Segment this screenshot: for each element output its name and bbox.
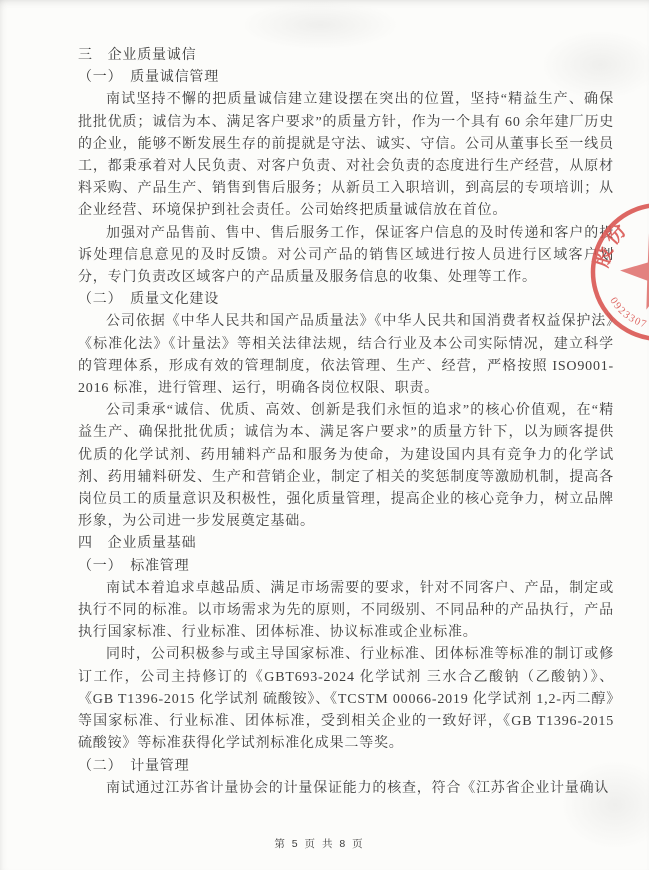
section-heading: 四 企业质量基础 [78,533,614,555]
paragraph: 南试坚持不懈的把质量诚信建立建设摆在突出的位置，坚持“精益生产、确保批批优质；诚… [78,89,614,222]
section-heading: 三 企业质量诚信 [78,45,614,67]
sub-heading: （二） 计量管理 [78,756,614,778]
document-page: 三 企业质量诚信（一） 质量诚信管理南试坚持不懈的把质量诚信建立建设摆在突出的位… [0,0,649,870]
scan-smudge [240,0,400,50]
paragraph: 南试本着追求卓越品质、满足市场需要的要求，针对不同客户、产品，制定或执行不同的标… [78,578,614,645]
company-stamp: 股份 0923307 [580,192,649,352]
paragraph: 加强对产品售前、售中、售后服务工作，保证客户信息的及时传递和客户的投诉处理信息意… [78,223,614,290]
paragraph: 公司秉承“诚信、优质、高效、创新是我们永恒的追求”的核心价值观，在“精益生产、确… [78,400,614,533]
paragraph: 公司依据《中华人民共和国产品质量法》《中华人民共和国消费者权益保护法》《标准化法… [78,311,614,400]
stamp-arc-text: 股份 [580,213,641,276]
document-body: 三 企业质量诚信（一） 质量诚信管理南试坚持不懈的把质量诚信建立建设摆在突出的位… [78,45,614,800]
page-number: 第 5 页 共 8 页 [0,836,639,851]
paragraph: 南试通过江苏省计量协会的计量保证能力的核查，符合《江苏省企业计量确认 [78,778,614,800]
sub-heading: （一） 质量诚信管理 [78,67,614,89]
sub-heading: （一） 标准管理 [78,556,614,578]
sub-heading: （二） 质量文化建设 [78,289,614,311]
paragraph: 同时，公司积极参与或主导国家标准、行业标准、团体标准等标准的制订或修订工作，公司… [78,644,614,755]
